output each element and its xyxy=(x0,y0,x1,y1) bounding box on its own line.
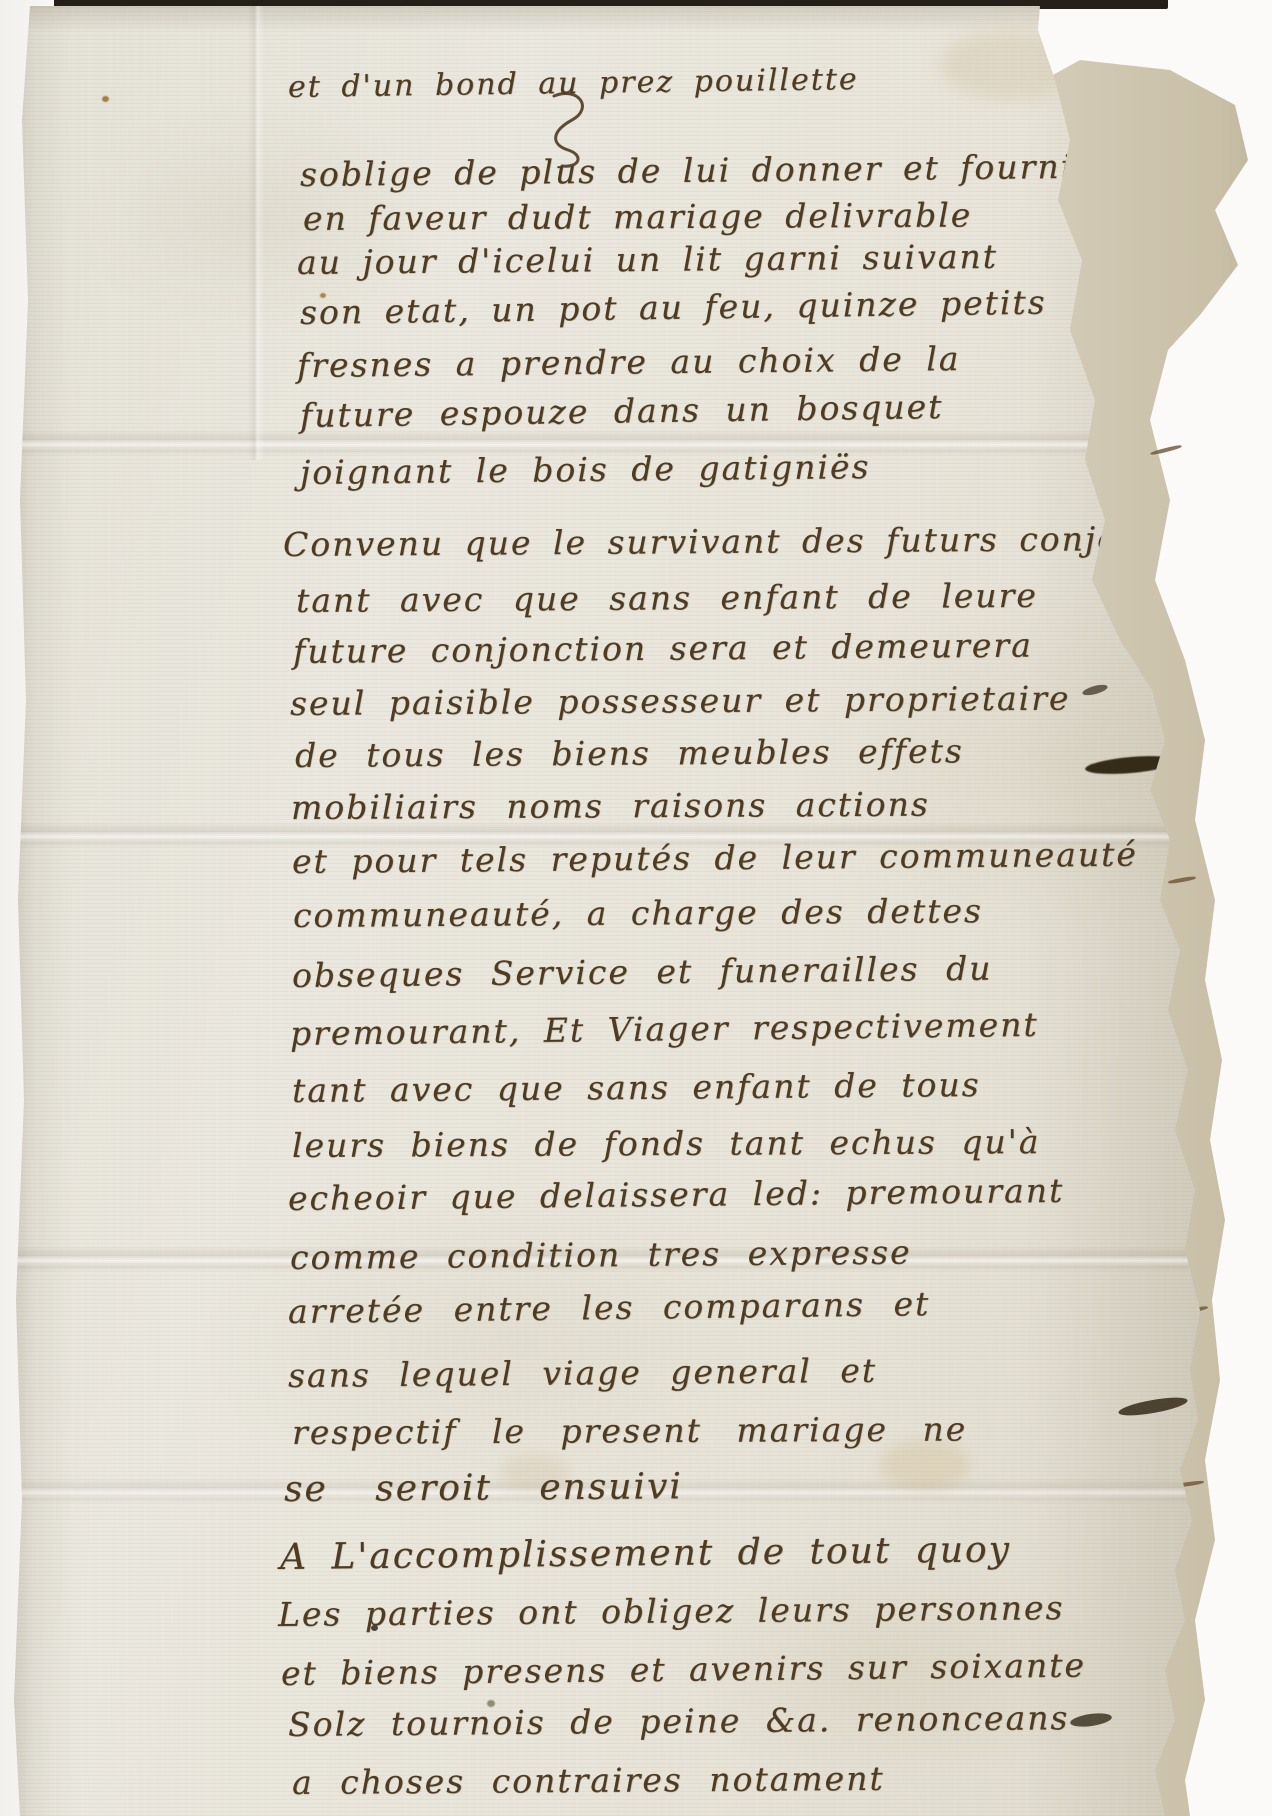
manuscript-line: communeauté, a charge des dettes xyxy=(293,891,983,935)
manuscript-line: en faveur dudt mariage delivrable xyxy=(303,195,972,238)
manuscript-line: obseques Service et funerailles du xyxy=(292,949,993,995)
manuscript-line: Convenu que le survivant des futurs conj… xyxy=(283,519,1189,564)
manuscript-line: et biens presens et avenirs sur soixante xyxy=(281,1646,1086,1693)
manuscript-line: Solz tournois de peine &a. renonceans xyxy=(288,1698,1070,1744)
manuscript-line: echeoir que delaissera led: premourant xyxy=(288,1171,1065,1218)
manuscript-line: a choses contraires notament xyxy=(292,1759,885,1802)
scanned-document-page: { "manuscript": { "interline_note": "et … xyxy=(0,0,1272,1816)
manuscript-line: leurs biens de fonds tant echus qu'à xyxy=(292,1122,1041,1165)
manuscript-line: sans lequel viage general et xyxy=(288,1351,877,1395)
manuscript-line: arretée entre les comparans et xyxy=(288,1284,931,1331)
manuscript-line: Les parties ont obligez leurs personnes xyxy=(278,1588,1065,1634)
manuscript-line: se seroit ensuivi xyxy=(284,1466,683,1510)
manuscript-line: mobiliairs noms raisons actions xyxy=(291,785,930,827)
manuscript-line: respectif le present mariage ne xyxy=(292,1409,967,1452)
manuscript-line: soblige de plus de lui donner et fournir xyxy=(300,147,1091,194)
manuscript-line: comme condition tres expresse xyxy=(290,1233,912,1277)
manuscript-line: tant avec que sans enfant de tous xyxy=(292,1065,981,1110)
manuscript-line: future conjonction sera et demeurera xyxy=(293,626,1033,671)
manuscript-line: A L'accomplissement de tout quoy xyxy=(280,1529,1011,1578)
manuscript-line: fresnes a prendre au choix de la xyxy=(297,339,961,385)
manuscript-line: et d'un bond au prez pouillette xyxy=(288,62,859,105)
manuscript-line: au jour d'icelui un lit garni suivant xyxy=(297,237,998,282)
manuscript-line: joignant le bois de gatigniës xyxy=(300,447,871,492)
manuscript-line: tant avec que sans enfant de leure xyxy=(296,576,1038,620)
manuscript-line: et pour tels reputés de leur communeauté xyxy=(292,835,1138,881)
manuscript-line: future espouze dans un bosquet xyxy=(300,387,944,435)
manuscript-line: premourant, Et Viager respectivement xyxy=(290,1005,1039,1053)
manuscript-line: son etat, un pot au feu, quinze petits xyxy=(300,283,1047,332)
manuscript-line: seul paisible possesseur et proprietaire xyxy=(290,679,1071,723)
manuscript-line: de tous les biens meubles effets xyxy=(295,731,964,775)
